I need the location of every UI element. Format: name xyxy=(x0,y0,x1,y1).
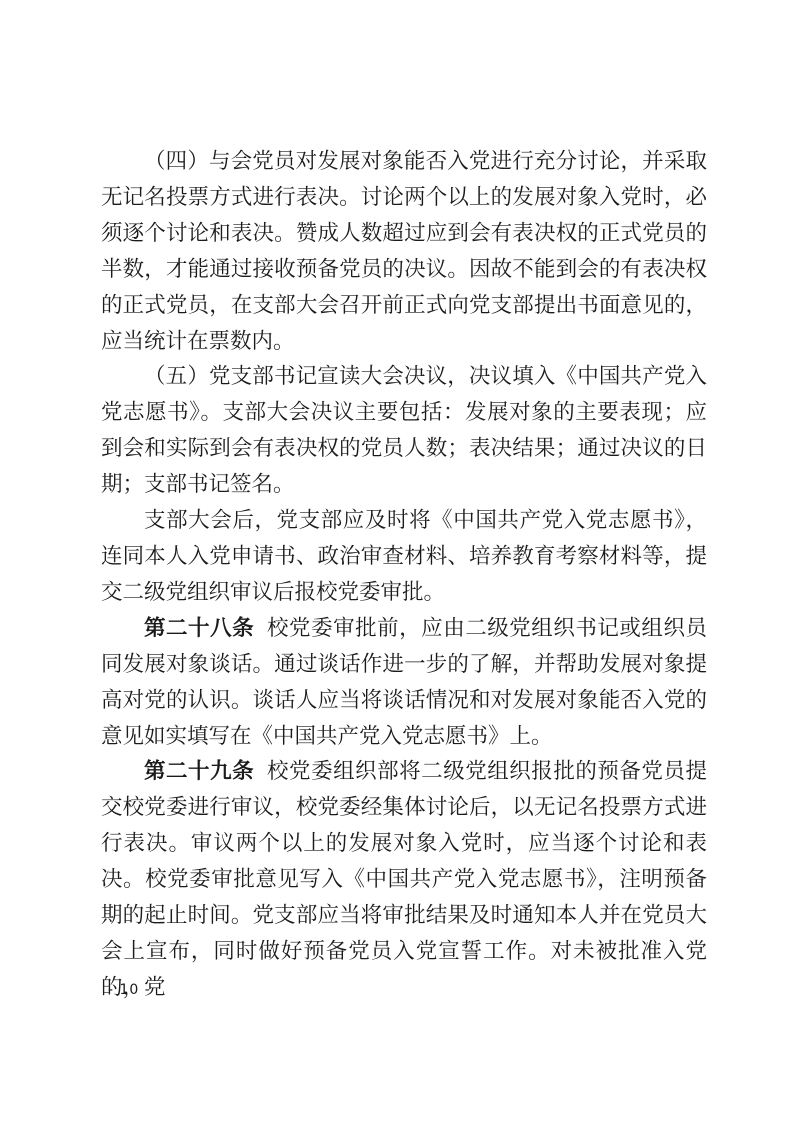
paragraph-after-meeting: 支部大会后，党支部应及时将《中国共产党入党志愿书》，连同本人入党申请书、政治审查… xyxy=(101,503,707,611)
paragraph-text: 支部大会后，党支部应及时将《中国共产党入党志愿书》，连同本人入党申请书、政治审查… xyxy=(101,508,707,604)
page-footer: - 10 - xyxy=(108,982,151,998)
page-number: - 10 - xyxy=(108,982,151,998)
clause-number: 第二十九条 xyxy=(144,759,254,783)
paragraph-text: （五）党支部书记宣读大会决议，决议填入《中国共产党入党志愿书》。支部大会决议主要… xyxy=(101,364,707,496)
paragraph-text: （四）与会党员对发展对象能否入党进行充分讨论，并采取无记名投票方式进行表决。讨论… xyxy=(101,149,707,353)
paragraph-article-28: 第二十八条校党委审批前，应由二级党组织书记或组织员同发展对象谈话。通过谈话作进一… xyxy=(101,611,707,755)
document-page: （四）与会党员对发展对象能否入党进行充分讨论，并采取无记名投票方式进行表决。讨论… xyxy=(0,0,794,1123)
document-body: （四）与会党员对发展对象能否入党进行充分讨论，并采取无记名投票方式进行表决。讨论… xyxy=(101,144,707,1006)
paragraph-item-4: （四）与会党员对发展对象能否入党进行充分讨论，并采取无记名投票方式进行表决。讨论… xyxy=(101,144,707,359)
clause-number: 第二十八条 xyxy=(144,616,254,640)
paragraph-item-5: （五）党支部书记宣读大会决议，决议填入《中国共产党入党志愿书》。支部大会决议主要… xyxy=(101,359,707,503)
paragraph-text: 校党委组织部将二级党组织报批的预备党员提交校党委进行审议，校党委经集体讨论后，以… xyxy=(101,759,707,998)
paragraph-article-29: 第二十九条校党委组织部将二级党组织报批的预备党员提交校党委进行审议，校党委经集体… xyxy=(101,754,707,1005)
